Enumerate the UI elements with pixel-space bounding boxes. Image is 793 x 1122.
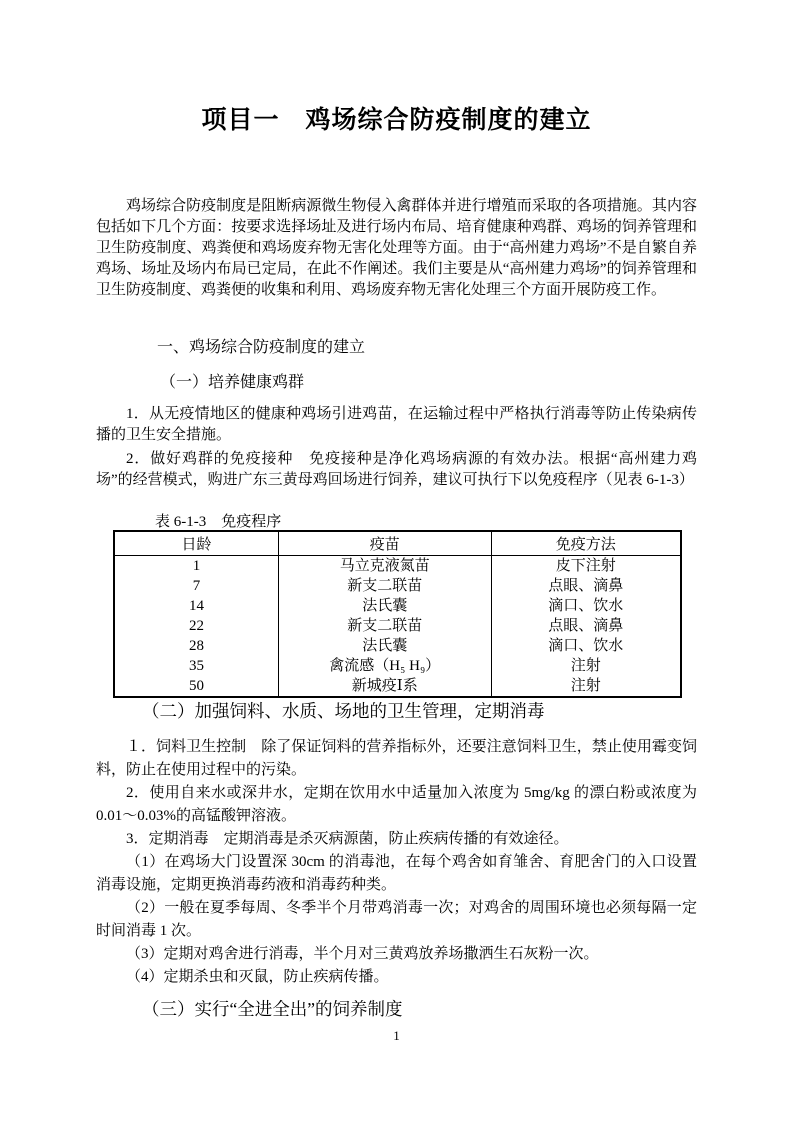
page-title: 项目一 鸡场综合防疫制度的建立 bbox=[0, 100, 793, 136]
paragraph-disinfection-pool: （1）在鸡场大门设置深 30cm 的消毒池，在每个鸡舍如育雏舍、育肥舍门的入口设… bbox=[96, 851, 697, 897]
subsection-heading-3: （三）实行“全进全出”的饲养制度 bbox=[96, 996, 697, 1021]
table-header-row: 日龄 疫苗 免疫方法 bbox=[114, 531, 681, 556]
paragraph-disinfection-frequency: （2）一般在夏季每周、冬季半个月带鸡消毒一次；对鸡舍的周围环境也必须每隔一定时间… bbox=[96, 897, 697, 943]
table-cell: 点眼、滴鼻 bbox=[491, 576, 681, 596]
table-cell: 皮下注射 bbox=[491, 556, 681, 577]
table-row: 7新支二联苗点眼、滴鼻 bbox=[114, 576, 681, 596]
immunization-table-container: 日龄 疫苗 免疫方法 1马立克液氮苗皮下注射7新支二联苗点眼、滴鼻14法氏囊滴口… bbox=[113, 530, 682, 698]
paragraph-vaccination: 2．做好鸡群的免疫接种 免疫接种是净化鸡场病源的有效办法。根据“高州建力鸡场”的… bbox=[96, 449, 697, 491]
table-cell: 注射 bbox=[491, 656, 681, 676]
section-sanitation: （二）加强饲料、水质、场地的卫生管理，定期消毒 １．饲料卫生控制 除了保证饲料的… bbox=[96, 698, 697, 1021]
paragraph-lime-powder: （3）定期对鸡舍进行消毒，半个月对三黄鸡放养场撒洒生石灰粉一次。 bbox=[96, 943, 697, 966]
table-cell: 法氏囊 bbox=[278, 596, 491, 616]
paragraph-pest-control: （4）定期杀虫和灭鼠，防止疾病传播。 bbox=[96, 966, 697, 989]
table-cell: 滴口、饮水 bbox=[491, 636, 681, 656]
table-cell: 新支二联苗 bbox=[278, 576, 491, 596]
subsection-heading-2: （二）加强饲料、水质、场地的卫生管理，定期消毒 bbox=[96, 698, 697, 723]
paragraph-import-chicks: 1．从无疫情地区的健康种鸡场引进鸡苗，在运输过程中严格执行消毒等防止传染病传播的… bbox=[96, 404, 697, 446]
table-header-vaccine: 疫苗 bbox=[278, 531, 491, 556]
table-row: 50新城疫Ⅰ系注射 bbox=[114, 676, 681, 697]
table-cell: 35 bbox=[114, 656, 278, 676]
table-cell: 14 bbox=[114, 596, 278, 616]
subsection-heading-1: （一）培养健康鸡群 bbox=[96, 369, 761, 392]
table-row: 28法氏囊滴口、饮水 bbox=[114, 636, 681, 656]
table-caption: 表 6-1-3 免疫程序 bbox=[96, 510, 756, 531]
table-header-age: 日龄 bbox=[114, 531, 278, 556]
document-page: 项目一 鸡场综合防疫制度的建立 鸡场综合防疫制度是阻断病源微生物侵入禽群体并进行… bbox=[0, 0, 793, 1122]
section-heading-1: 一、鸡场综合防疫制度的建立 bbox=[96, 334, 758, 357]
page-number: 1 bbox=[0, 1028, 793, 1044]
table-cell: 法氏囊 bbox=[278, 636, 491, 656]
table-cell: 注射 bbox=[491, 676, 681, 697]
table-row: 35禽流感（H₅ H₉）注射 bbox=[114, 656, 681, 676]
table-cell: 马立克液氮苗 bbox=[278, 556, 491, 577]
table-cell: 点眼、滴鼻 bbox=[491, 616, 681, 636]
table-cell: 滴口、饮水 bbox=[491, 596, 681, 616]
table-header-method: 免疫方法 bbox=[491, 531, 681, 556]
table-row: 1马立克液氮苗皮下注射 bbox=[114, 556, 681, 577]
immunization-table-body: 1马立克液氮苗皮下注射7新支二联苗点眼、滴鼻14法氏囊滴口、饮水22新支二联苗点… bbox=[114, 556, 681, 698]
paragraph-water: 2．使用自来水或深井水，定期在饮用水中适量加入浓度为 5mg/kg 的漂白粉或浓… bbox=[96, 782, 697, 828]
table-row: 22新支二联苗点眼、滴鼻 bbox=[114, 616, 681, 636]
table-cell: 50 bbox=[114, 676, 278, 697]
table-cell: 7 bbox=[114, 576, 278, 596]
intro-paragraph: 鸡场综合防疫制度是阻断病源微生物侵入禽群体并进行增殖而采取的各项措施。其内容包括… bbox=[96, 196, 697, 301]
table-cell: 禽流感（H₅ H₉） bbox=[278, 656, 491, 676]
table-cell: 新城疫Ⅰ系 bbox=[278, 676, 491, 697]
table-cell: 新支二联苗 bbox=[278, 616, 491, 636]
table-cell: 28 bbox=[114, 636, 278, 656]
table-cell: 22 bbox=[114, 616, 278, 636]
paragraph-disinfection: 3．定期消毒 定期消毒是杀灭病源菌，防止疾病传播的有效途径。 bbox=[96, 828, 697, 851]
paragraph-feed-hygiene: １．饲料卫生控制 除了保证饲料的营养指标外，还要注意饲料卫生，禁止使用霉变饲料，… bbox=[96, 736, 697, 782]
table-cell: 1 bbox=[114, 556, 278, 577]
table-row: 14法氏囊滴口、饮水 bbox=[114, 596, 681, 616]
immunization-table: 日龄 疫苗 免疫方法 1马立克液氮苗皮下注射7新支二联苗点眼、滴鼻14法氏囊滴口… bbox=[113, 530, 682, 698]
